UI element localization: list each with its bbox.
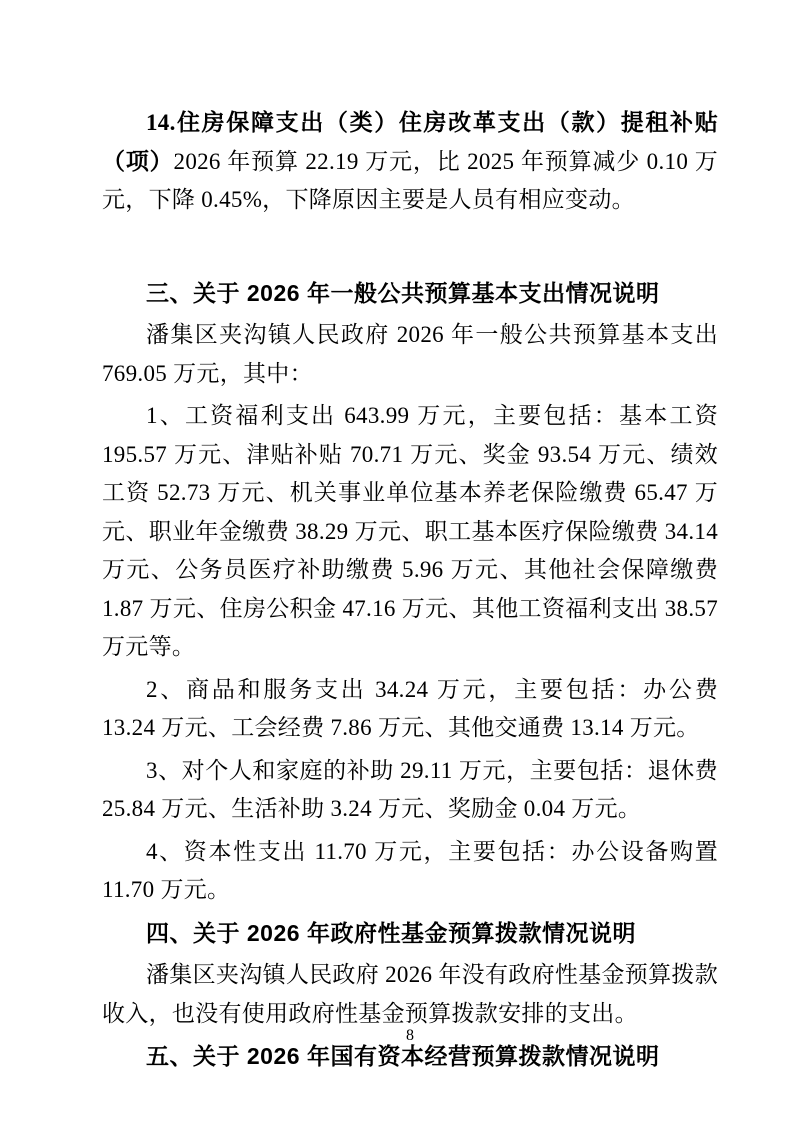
document-page: 14.住房保障支出（类）住房改革支出（款）提租补贴（项）2026 年预算 22.… [0, 0, 793, 1122]
paragraph-wage-welfare-expense: 1、工资福利支出 643.99 万元，主要包括：基本工资 195.57 万元、津… [102, 397, 718, 667]
paragraph-item-14: 14.住房保障支出（类）住房改革支出（款）提租补贴（项）2026 年预算 22.… [102, 104, 718, 220]
section-heading-three: 三、关于 2026 年一般公共预算基本支出情况说明 [102, 274, 718, 313]
item-14-body: 2026 年预算 22.19 万元，比 2025 年预算减少 0.10 万元，下… [102, 149, 718, 213]
paragraph-section-four-body: 潘集区夹沟镇人民政府 2026 年没有政府性基金预算拨款收入，也没有使用政府性基… [102, 956, 718, 1033]
blank-line-spacer [102, 220, 718, 270]
paragraph-goods-services-expense: 2、商品和服务支出 34.24 万元，主要包括：办公费 13.24 万元、工会经… [102, 671, 718, 748]
section-heading-four: 四、关于 2026 年政府性基金预算拨款情况说明 [102, 914, 718, 953]
page-number: 8 [102, 1026, 718, 1046]
paragraph-section-three-intro: 潘集区夹沟镇人民政府 2026 年一般公共预算基本支出 769.05 万元，其中… [102, 316, 718, 393]
paragraph-capital-expense: 4、资本性支出 11.70 万元，主要包括：办公设备购置 11.70 万元。 [102, 833, 718, 910]
paragraph-individual-family-subsidy: 3、对个人和家庭的补助 29.11 万元，主要包括：退休费 25.84 万元、生… [102, 752, 718, 829]
document-body: 14.住房保障支出（类）住房改革支出（款）提租补贴（项）2026 年预算 22.… [102, 104, 718, 1076]
